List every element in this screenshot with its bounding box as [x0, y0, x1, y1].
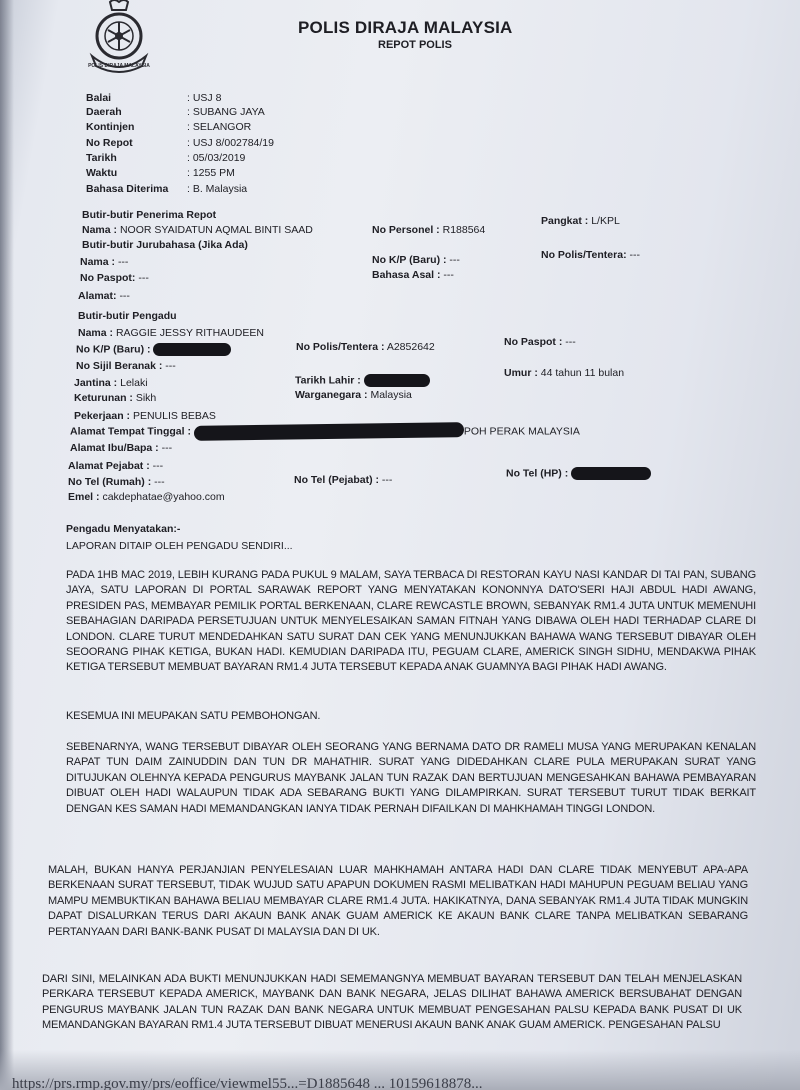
meta-value-daerah: : SUBANG JAYA: [187, 106, 265, 118]
complainant-passport: No Paspot : ---: [504, 336, 576, 348]
svg-text:POLIS DIRAJA MALAYSIA: POLIS DIRAJA MALAYSIA: [88, 63, 150, 69]
complainant-office-address: Alamat Pejabat : ---: [68, 460, 163, 472]
meta-value-no-repot: : USJ 8/002784/19: [187, 137, 274, 149]
statement-paragraph: PADA 1HB MAC 2019, LEBIH KURANG PADA PUK…: [66, 568, 756, 676]
meta-value-kontinjen: : SELANGOR: [187, 121, 251, 133]
interpreter-name: Nama : ---: [80, 256, 128, 268]
receiver-personnel-no: No Personel : R188564: [372, 224, 485, 236]
receiver-name: Nama : NOOR SYAIDATUN AQMAL BINTI SAAD: [82, 224, 313, 236]
complainant-age: Umur : 44 tahun 11 bulan: [504, 367, 624, 379]
document-title: POLIS DIRAJA MALAYSIA: [298, 18, 513, 38]
statement-paragraph: KESEMUA INI MEUPAKAN SATU PEMBOHONGAN.: [66, 709, 756, 724]
statement-intro: LAPORAN DITAIP OLEH PENGADU SENDIRI...: [66, 540, 293, 552]
complainant-police-no: No Polis/Tentera : A2852642: [296, 341, 435, 353]
statement-paragraph: DARI SINI, MELAINKAN ADA BUKTI MENUNJUKK…: [42, 972, 742, 1034]
meta-label: No Repot: [86, 137, 133, 149]
meta-label: Waktu: [86, 167, 117, 179]
statement-paragraph: SEBENARNYA, WANG TERSEBUT DIBAYAR OLEH S…: [66, 740, 756, 817]
interpreter-language: Bahasa Asal : ---: [372, 269, 454, 281]
complainant-tel-home: No Tel (Rumah) : ---: [68, 476, 165, 488]
complainant-name: Nama : RAGGIE JESSY RITHAUDEEN: [78, 327, 264, 339]
receiver-rank: Pangkat : L/KPL: [541, 215, 620, 227]
complainant-gender: Jantina : Lelaki: [74, 377, 148, 389]
complainant-dob: Tarikh Lahir :: [295, 374, 430, 387]
meta-label: Bahasa Diterima: [86, 183, 168, 195]
interpreter-passport: No Paspot: ---: [80, 272, 149, 284]
pdrm-crest-icon: POLIS DIRAJA MALAYSIA: [86, 0, 152, 76]
complainant-tel-mobile: No Tel (HP) :: [506, 467, 651, 480]
interpreter-ic: No K/P (Baru) : ---: [372, 254, 460, 266]
print-footer-url: https://prs.rmp.gov.my/prs/eoffice/viewm…: [12, 1076, 483, 1090]
complainant-section-title: Butir-butir Pengadu: [78, 310, 177, 322]
complainant-citizenship: Warganegara : Malaysia: [295, 389, 412, 401]
redaction-mark: [364, 374, 430, 387]
meta-label: Daerah: [86, 106, 122, 118]
meta-value-waktu: : 1255 PM: [187, 167, 235, 179]
redaction-mark: [571, 467, 651, 480]
receiver-section-title: Butir-butir Penerima Repot: [82, 209, 216, 221]
complainant-home-address: Alamat Tempat Tinggal : POH PERAK MALAYS…: [70, 424, 580, 439]
meta-label: Tarikh: [86, 152, 117, 164]
statement-paragraph: MALAH, BUKAN HANYA PERJANJIAN PENYELESAI…: [48, 863, 748, 940]
meta-value-bahasa: : B. Malaysia: [187, 183, 247, 195]
document-subtitle: REPOT POLIS: [378, 39, 452, 51]
interpreter-address: Alamat: ---: [78, 290, 130, 302]
page-edge-shadow: [0, 0, 14, 1090]
meta-value-tarikh: : 05/03/2019: [187, 152, 245, 164]
meta-label: Kontinjen: [86, 121, 134, 133]
complainant-parent-address: Alamat Ibu/Bapa : ---: [70, 442, 172, 454]
interpreter-section-title: Butir-butir Jurubahasa (Jika Ada): [82, 239, 248, 251]
meta-label: Balai: [86, 92, 111, 104]
redaction-mark: [194, 422, 464, 441]
complainant-ethnicity: Keturunan : Sikh: [74, 392, 156, 404]
complainant-ic: No K/P (Baru) :: [76, 343, 231, 356]
complainant-birth-cert: No Sijil Beranak : ---: [76, 360, 176, 372]
redaction-mark: [153, 343, 231, 356]
interpreter-police-no: No Polis/Tentera: ---: [541, 249, 640, 261]
meta-value-balai: : USJ 8: [187, 92, 221, 104]
complainant-tel-office: No Tel (Pejabat) : ---: [294, 474, 392, 486]
complainant-email: Emel : cakdephatae@yahoo.com: [68, 491, 225, 503]
complainant-occupation: Pekerjaan : PENULIS BEBAS: [74, 410, 216, 422]
statement-heading: Pengadu Menyatakan:-: [66, 523, 180, 535]
